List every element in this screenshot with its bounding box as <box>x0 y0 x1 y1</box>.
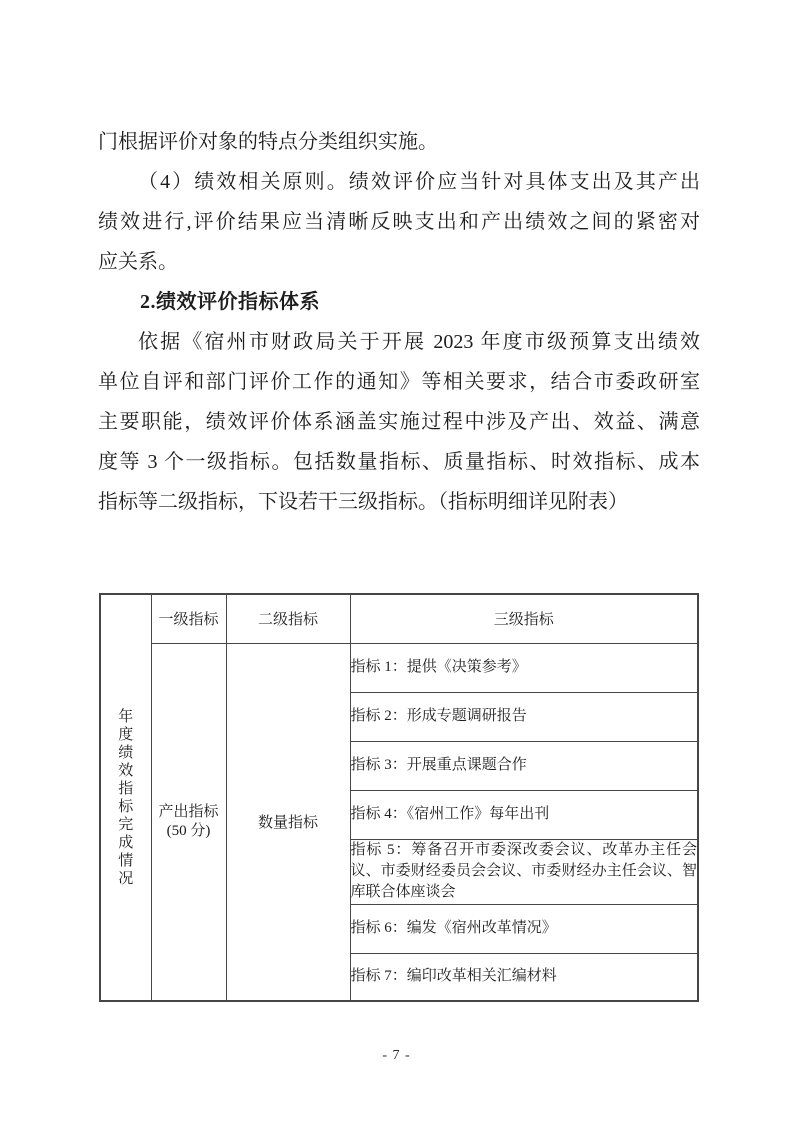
level3-indicator-cell: 指标 4：《宿州工作》每年出刊 <box>350 790 698 839</box>
level3-indicator-cell: 指标 2：形成专题调研报告 <box>350 692 698 741</box>
axis-label-cell: 年度绩效指标完成情况 <box>100 594 151 1001</box>
header-level2: 二级指标 <box>226 594 350 643</box>
paragraph-line: 门根据评价对象的特点分类组织实施。 <box>98 122 700 162</box>
paragraph-line: 依据《宿州市财政局关于开展 2023 年度市级预算支出绩效 <box>98 322 700 362</box>
header-level1: 一级指标 <box>151 594 226 643</box>
paragraph-line: （4）绩效相关原则。绩效评价应当针对具体支出及其产出 <box>98 162 700 202</box>
level2-indicator-cell: 数量指标 <box>226 643 350 1001</box>
paragraph-line: 应关系。 <box>98 242 700 282</box>
paragraph-line: 单位自评和部门评价工作的通知》等相关要求，结合市委政研室 <box>98 362 700 402</box>
table-row: 产出指标 (50 分) 数量指标 指标 1：提供《决策参考》 <box>100 643 698 692</box>
axis-label-vertical-text: 年度绩效指标完成情况 <box>118 708 134 888</box>
paragraph-line: 指标等二级指标，下设若干三级指标。（指标明细详见附表） <box>98 482 700 522</box>
document-page: 门根据评价对象的特点分类组织实施。 （4）绩效相关原则。绩效评价应当针对具体支出… <box>0 0 793 1122</box>
paragraph-line: 主要职能，绩效评价体系涵盖实施过程中涉及产出、效益、满意 <box>98 402 700 442</box>
header-level3: 三级指标 <box>350 594 698 643</box>
level1-indicator-cell: 产出指标 (50 分) <box>151 643 226 1001</box>
paragraph-line: 绩效进行,评价结果应当清晰反映支出和产出绩效之间的紧密对 <box>98 202 700 242</box>
section-heading: 2.绩效评价指标体系 <box>98 282 700 322</box>
level3-indicator-cell: 指标 6：编发《宿州改革情况》 <box>350 904 698 953</box>
table-header-row: 年度绩效指标完成情况 一级指标 二级指标 三级指标 <box>100 594 698 643</box>
level3-indicator-cell: 指标 1：提供《决策参考》 <box>350 643 698 692</box>
body-text: 门根据评价对象的特点分类组织实施。 （4）绩效相关原则。绩效评价应当针对具体支出… <box>98 122 700 522</box>
level3-indicator-cell: 指标 5：筹备召开市委深改委会议、改革办主任会议、市委财经委员会会议、市委财经办… <box>350 839 698 904</box>
paragraph-line: 度等 3 个一级指标。包括数量指标、质量指标、时效指标、成本 <box>98 442 700 482</box>
page-number: - 7 - <box>0 1048 793 1064</box>
indicator-table: 年度绩效指标完成情况 一级指标 二级指标 三级指标 产出指标 (50 分) 数量… <box>99 593 699 1002</box>
level3-indicator-cell: 指标 7：编印改革相关汇编材料 <box>350 953 698 1001</box>
level3-indicator-cell: 指标 3：开展重点课题合作 <box>350 741 698 790</box>
level1-indicator-score: (50 分) <box>152 822 226 841</box>
level1-indicator-label: 产出指标 <box>152 803 226 822</box>
